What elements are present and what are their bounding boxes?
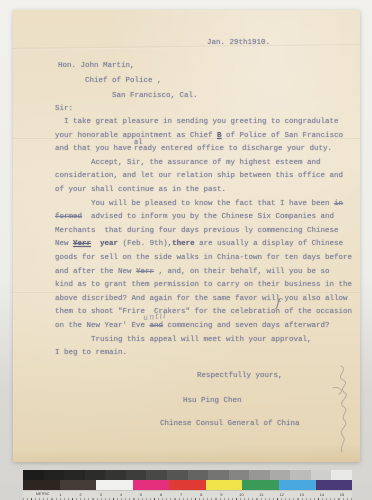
color-patch	[206, 480, 243, 490]
text-segment: of Police of San Francisco	[222, 132, 344, 140]
gray-patch	[290, 470, 311, 480]
signature-title: Chinese Consul General of China	[160, 418, 300, 432]
color-patch	[96, 480, 133, 490]
address-line: Hon. John Martin,	[58, 59, 198, 74]
text-segment: on the New Year' Eve	[55, 322, 150, 330]
gray-patch	[311, 470, 332, 480]
text-segment: ready entered office to discharge your d…	[134, 145, 332, 153]
ruler-number: 3	[91, 491, 111, 497]
ruler-number: 13	[292, 491, 312, 497]
text-segment: Yerr	[73, 240, 91, 248]
letter-line: and that you have already entered office…	[55, 143, 352, 157]
grayscale-strip	[23, 470, 352, 480]
text-segment: I take great pleasure in sending you gre…	[55, 118, 339, 126]
closing-phrase: Respectfully yours,	[197, 370, 283, 384]
color-patch	[133, 480, 170, 490]
gray-patch	[44, 470, 65, 480]
gray-patch	[229, 470, 250, 480]
recipient-address: Hon. John Martin, Chief of Police , San …	[58, 59, 198, 104]
text-segment: advised to inform you by the Chinese Six…	[82, 213, 334, 221]
text-segment: consideration, and let our relation ship…	[55, 172, 343, 180]
gray-patch	[270, 470, 291, 480]
text-segment: are usually a display of Chinese	[195, 240, 344, 248]
metric-ruler: METRIC 123456789101112131415	[23, 490, 352, 500]
color-patch-strip	[23, 480, 352, 490]
address-line: San Francisco, Cal.	[58, 89, 198, 104]
ruler-number: 1	[50, 491, 70, 497]
color-patch	[23, 480, 60, 490]
text-segment: year	[100, 240, 118, 248]
gray-patch	[331, 470, 352, 480]
gray-patch	[85, 470, 106, 480]
letter-line: of your shall continue as in the past.	[55, 184, 352, 198]
text-segment: formed	[55, 213, 82, 221]
text-segment: Yerr	[136, 268, 154, 276]
ruler-number: 14	[312, 491, 332, 497]
text-segment: and	[150, 322, 164, 330]
gray-patch	[23, 470, 44, 480]
gray-patch	[188, 470, 209, 480]
letter-line: and after the New Yerr , and, on their b…	[55, 266, 352, 280]
color-calibration-bar: METRIC 123456789101112131415	[23, 470, 352, 500]
pencil-marginalia-icon	[321, 358, 366, 458]
text-segment: above discribed? And again for the same …	[55, 295, 348, 303]
text-segment: and that you have	[55, 145, 136, 153]
ruler-number: 4	[111, 491, 131, 497]
letter-document: Jan. 29th1910. Hon. John Martin, Chief o…	[13, 10, 360, 462]
ruler-number: 12	[272, 491, 292, 497]
letter-line: kind as to grant them permission to carr…	[55, 279, 352, 293]
gray-patch	[64, 470, 85, 480]
gray-patch	[208, 470, 229, 480]
ruler-label: METRIC	[23, 491, 50, 496]
ruler-number: 10	[231, 491, 251, 497]
text-segment: them to shoot "Frire Crakers" for the ce…	[55, 308, 352, 316]
ruler-number: 5	[131, 491, 151, 497]
letter-line: You will be pleased to know the fact tha…	[55, 198, 352, 212]
text-segment: of your shall continue as in the past.	[55, 186, 226, 194]
text-segment: , and, on their behalf, will you be so	[154, 268, 330, 276]
text-segment: goods for sell on the side walks in Chin…	[55, 254, 352, 262]
letter-line: consideration, and let our relation ship…	[55, 170, 352, 184]
text-segment: New	[55, 240, 73, 248]
ruler-number: 7	[171, 491, 191, 497]
ruler-number: 15	[332, 491, 352, 497]
text-segment: You will be pleased to know the fact tha…	[55, 200, 334, 208]
color-patch	[279, 480, 316, 490]
letter-line: them to shoot "Frire Crakers" for the ce…	[55, 306, 352, 320]
gray-patch	[167, 470, 188, 480]
text-segment: (Feb. 9th),	[118, 240, 172, 248]
letter-line: Merchants that during four days previous…	[55, 225, 352, 239]
text-segment	[91, 240, 100, 248]
ruler-number: 6	[151, 491, 171, 497]
gray-patch	[105, 470, 126, 480]
color-patch	[60, 480, 97, 490]
salutation: Sir:	[55, 103, 73, 117]
ruler-number: 8	[191, 491, 211, 497]
text-segment: Merchants that during four days previous…	[55, 227, 339, 235]
text-segment: I beg to remain.	[55, 349, 127, 357]
text-segment: Accept, Sir, the assurance of my highest…	[55, 159, 321, 167]
ruler-number: 2	[71, 491, 91, 497]
address-line: Chief of Police ,	[58, 74, 198, 89]
letter-line: Accept, Sir, the assurance of my highest…	[55, 157, 352, 171]
letter-line: Trusing this appeal will meet with your …	[55, 334, 352, 348]
paper-crease	[13, 44, 360, 50]
letter-line: New Yerr year (Feb. 9th),there are usual…	[55, 238, 352, 252]
photograph-background: Jan. 29th1910. Hon. John Martin, Chief o…	[0, 0, 372, 500]
signature-name: Hsu Ping Chen	[183, 395, 242, 409]
letter-line: formed advised to inform you by the Chin…	[55, 211, 352, 225]
letter-line: I beg to remain.	[55, 347, 352, 361]
color-patch	[316, 480, 353, 490]
text-segment: Trusing this appeal will meet with your …	[55, 336, 312, 344]
gray-patch	[126, 470, 147, 480]
gray-patch	[249, 470, 270, 480]
text-segment: in	[334, 200, 343, 208]
letter-date: Jan. 29th1910.	[207, 37, 270, 51]
text-segment: there	[172, 240, 195, 248]
letter-line: above discribed? And again for the same …	[55, 293, 352, 307]
letter-line: I take great pleasure in sending you gre…	[55, 116, 352, 130]
text-segment: kind as to grant them permission to carr…	[55, 281, 352, 289]
letter-line: your honorable appointment as Chief B of…	[55, 130, 352, 144]
text-segment: and after the New	[55, 268, 136, 276]
text-segment: commencing and seven days afterward?	[163, 322, 330, 330]
gray-patch	[146, 470, 167, 480]
color-patch	[242, 480, 279, 490]
ruler-number: 9	[211, 491, 231, 497]
color-patch	[169, 480, 206, 490]
letter-line: on the New Year' Eve and commencing and …	[55, 320, 352, 334]
letter-line: goods for sell on the side walks in Chin…	[55, 252, 352, 266]
ruler-number: 11	[252, 491, 272, 497]
letter-body: I take great pleasure in sending you gre…	[55, 116, 352, 361]
